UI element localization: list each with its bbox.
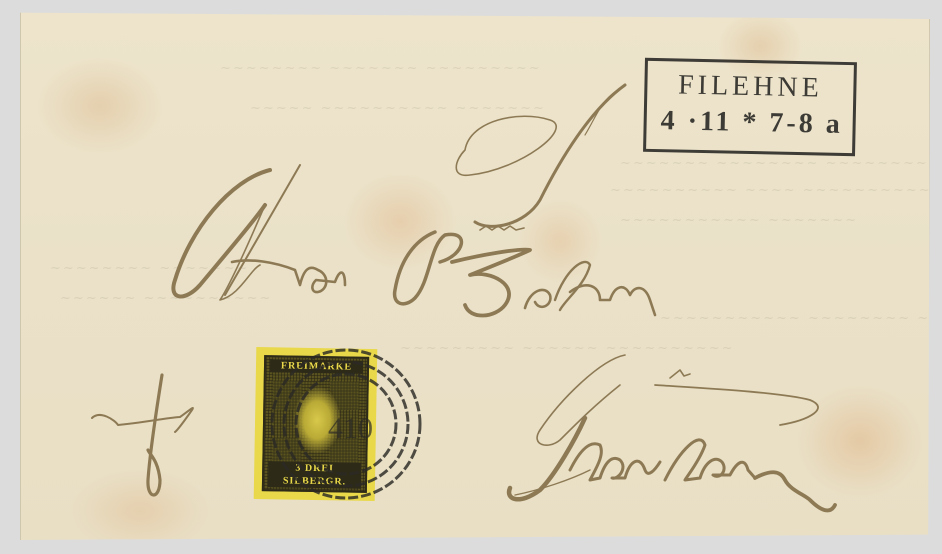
- stamp-value-inscription: 3 DREI SILBERGR.: [268, 461, 361, 489]
- king-portrait: [290, 382, 341, 467]
- stamp-engraved-frame: FREIMARKE 3 DREI SILBERGR.: [262, 355, 369, 493]
- postage-stamp: FREIMARKE 3 DREI SILBERGR.: [254, 347, 378, 501]
- handwriting-strokes: [0, 0, 942, 554]
- herrn-flourish: [475, 85, 625, 226]
- stamp-top-inscription: FREIMARKE: [270, 359, 363, 374]
